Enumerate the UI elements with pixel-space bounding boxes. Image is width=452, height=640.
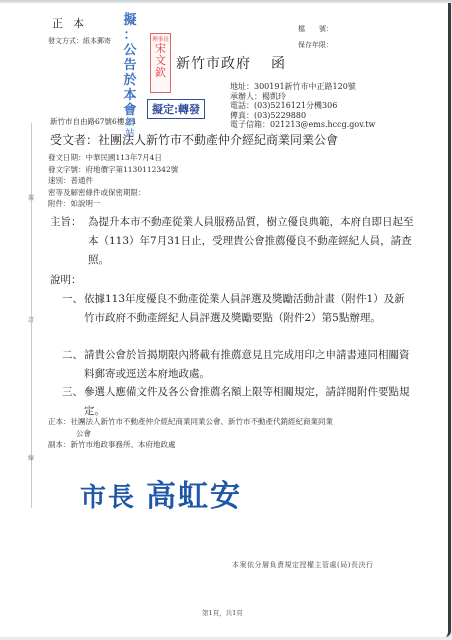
stamp-char: 告	[122, 58, 138, 73]
contact-email: 電子信箱：021213@ems.hccg.gov.tw	[230, 120, 375, 130]
copy-recipients: 副本：新竹市地政事務所、本府地政處	[48, 439, 428, 451]
stamp-char: 會	[122, 103, 138, 118]
binding-mark-xian: 線	[28, 453, 34, 462]
speed-class: 速別：普通件	[48, 175, 178, 187]
attachment: 附件：如說明一	[48, 198, 178, 210]
original-to-list: 社團法人新竹市不動產仲介經紀商業同業公會、新竹市不動產代銷經紀商業同業	[71, 417, 334, 426]
original-to-continued: 公會	[48, 428, 428, 440]
issue-date: 發文日期：中華民國113年7月4日	[48, 152, 178, 164]
distribution-block: 正本：社團法人新竹市不動產仲介經紀商業同業公會、新竹市不動產代銷經紀商業同業 公…	[48, 416, 428, 451]
contact-phone: 電話：(03)5216121分機306	[230, 101, 375, 111]
signature-name: 高虹安	[146, 479, 242, 514]
original-to-label: 正本：	[48, 417, 71, 426]
subject-label: 主旨：	[50, 213, 82, 232]
item-number: 三、	[62, 383, 83, 402]
meta-block: 發文日期：中華民國113年7月4日 發文字號：府地價字第1130112342號 …	[48, 152, 178, 210]
red-seal-stamp: 理事長 宋 文 欽	[150, 33, 171, 93]
copy-type: 正本	[52, 15, 94, 31]
issuer: 新竹市政府	[176, 56, 251, 72]
contact-fax: 傳真：(03)5229880	[230, 111, 375, 121]
contact-block: 地址：300191新竹市中正路120號 承辦人：楊凱玲 電話：(03)52161…	[230, 82, 375, 130]
send-method: 發文方式：紙本郵寄	[48, 36, 111, 46]
seal-char: 欽	[151, 67, 170, 79]
mayor-signature: 市長高虹安	[80, 471, 242, 515]
explanation-label: 說明：	[50, 272, 82, 287]
retention-label: 保存年限：	[298, 40, 333, 50]
binding-mark-ding: 訂	[28, 315, 34, 324]
stamp-char: 公	[122, 43, 138, 58]
stamp-char: 網	[122, 118, 138, 129]
doc-type: 函	[271, 56, 286, 72]
document-number: 發文字號：府地價字第1130112342號	[48, 164, 178, 176]
delegation-note: 本案依分層負責規定授權主管處(局)長決行	[232, 560, 373, 570]
signature-title: 市長	[80, 483, 136, 513]
contact-handler: 承辦人：楊凱玲	[230, 92, 375, 102]
stamp-char: 本	[122, 88, 138, 103]
forward-box-stamp: 擬定:轉發	[147, 99, 205, 119]
document-title: 新竹市政府函	[176, 53, 286, 73]
stamp-char: 於	[122, 73, 138, 88]
binding-mark-zhuang: 裝	[28, 193, 34, 202]
contact-address: 地址：300191新竹市中正路120號	[230, 82, 375, 92]
stamp-char: ：	[122, 28, 138, 43]
original-recipients: 正本：社團法人新竹市不動產仲介經紀商業同業公會、新竹市不動產代銷經紀商業同業	[48, 416, 428, 428]
stamp-char: 站	[122, 129, 138, 140]
secrecy-level: 密等及解密條件或保密期限：	[48, 187, 178, 199]
recipient: 受文者：社團法人新竹市不動產仲介經紀商業同業公會	[50, 131, 338, 148]
item-text: 請貴公會於旨揭期限內將載有推薦意見且完成用印之申請書連同相關資料郵寄或逕送本府地…	[84, 346, 410, 384]
file-number-label: 檔 號：	[298, 24, 333, 34]
stamp-char: 擬	[122, 13, 138, 28]
item-number: 二、	[62, 346, 83, 365]
blue-vertical-stamp: 擬 ： 公 告 於 本 會 網 站	[122, 13, 138, 140]
subject-body: 為提升本市不動產從業人員服務品質，樹立優良典範，本府自即日起至本（113）年7月…	[88, 213, 418, 270]
item-number: 一、	[62, 290, 83, 309]
document-page: 裝 訂 線 正本 發文方式：紙本郵寄 檔 號： 保存年限： 新竹市政府函 地址：…	[0, 3, 451, 637]
item-text: 依據113年度優良不動產從業人員評選及獎勵活動計畫（附件1）及新竹市政府不動產經…	[84, 290, 410, 328]
page-number: 第1頁，共1頁	[202, 608, 243, 617]
